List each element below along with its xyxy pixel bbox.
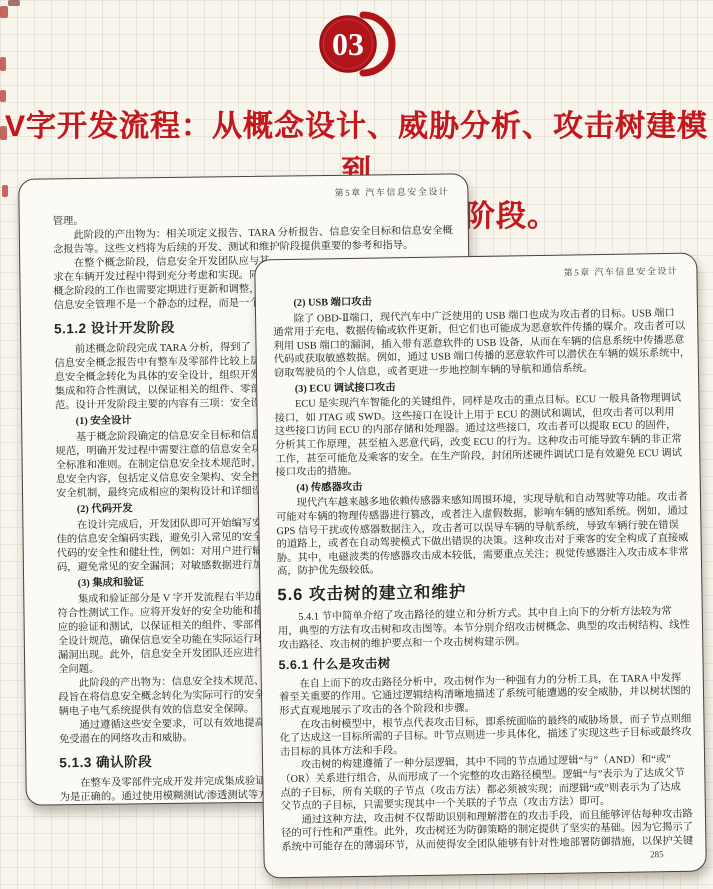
text-line: 5.6.1 什么是攻击树 <box>278 653 690 673</box>
right-book-page: 第5章 汽车信息安全设计 (2) USB 端口攻击除了 OBD-Ⅱ端口，现代汽车… <box>254 253 707 879</box>
edge-mark <box>8 0 20 6</box>
chapter-badge: 03 <box>0 10 713 78</box>
svg-text:03: 03 <box>332 26 364 62</box>
text-line: 5.6 攻击树的建立和维护 <box>277 583 689 603</box>
right-page-body: (2) USB 端口攻击除了 OBD-Ⅱ端口，现代汽车中广泛使用的 USB 端口… <box>256 277 706 855</box>
badge-03-icon: 03 <box>314 10 400 78</box>
page-number: 285 <box>650 849 664 859</box>
edge-mark <box>0 90 6 102</box>
